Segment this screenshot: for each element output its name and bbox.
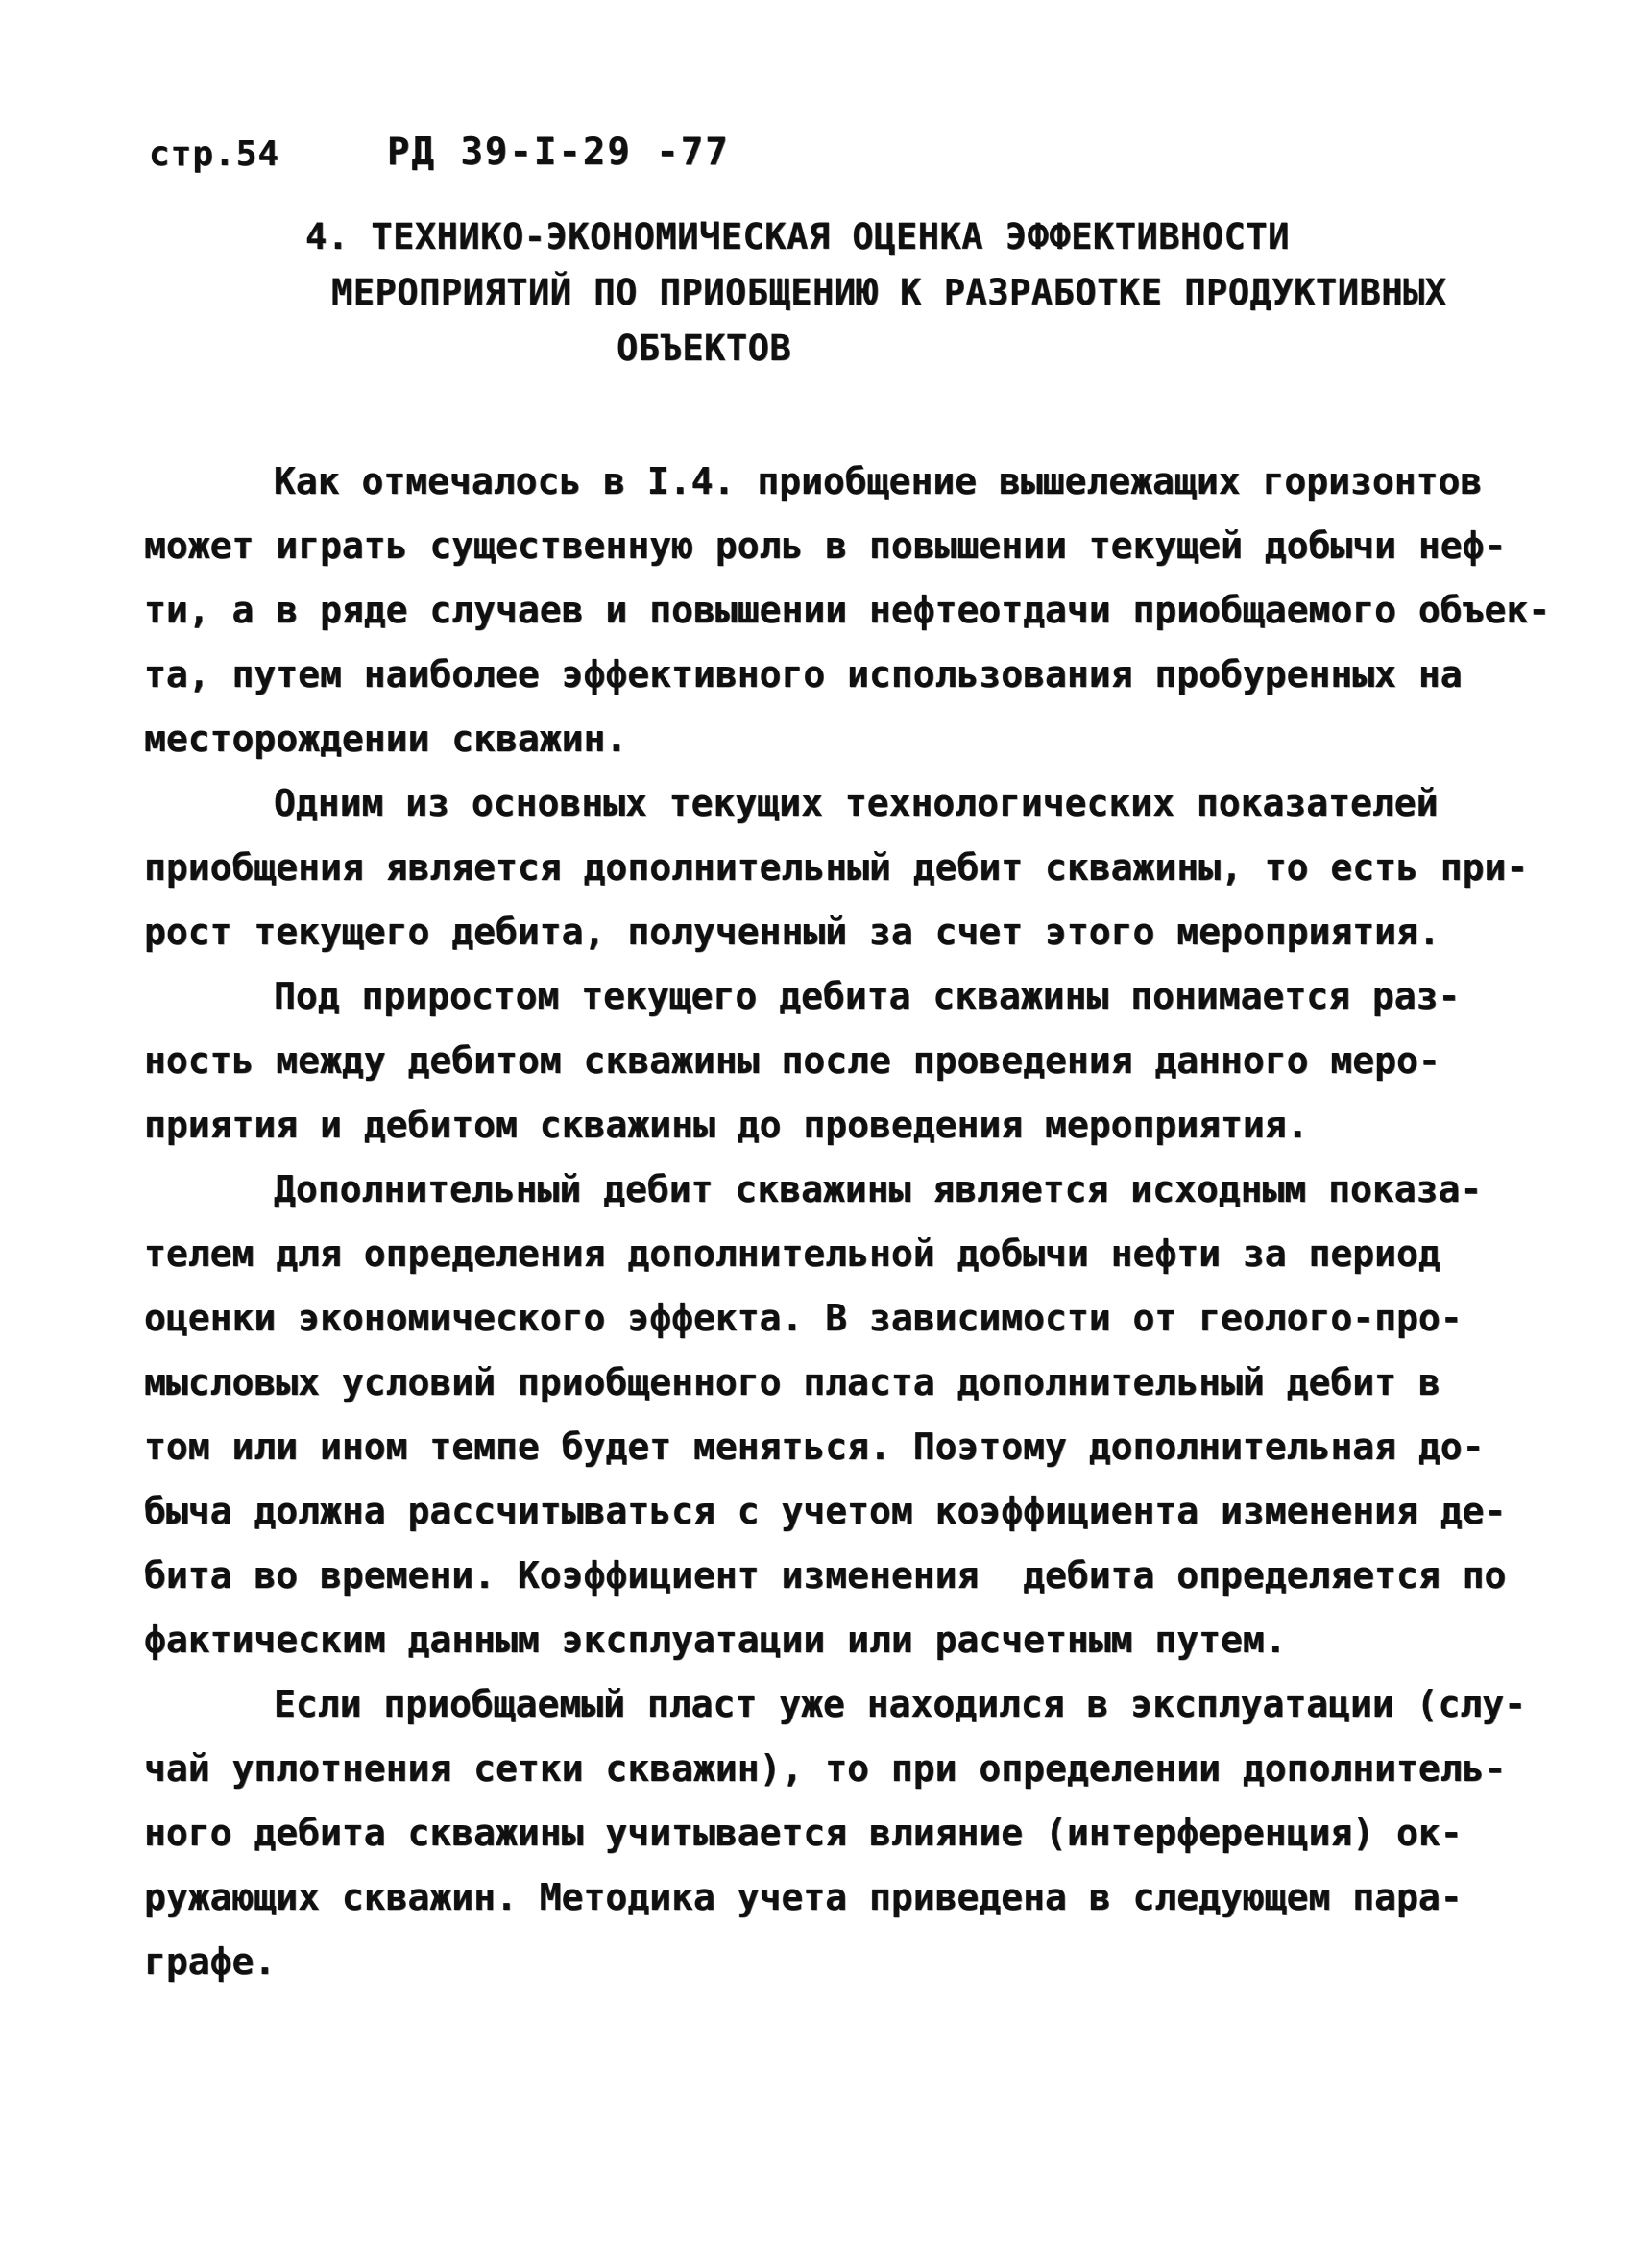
paragraph: Если приобщаемый пласт уже находился в э… [144,1672,1608,1994]
text-line: рост текущего дебита, полученный за счет… [144,900,1608,964]
text-line: том или ином темпе будет меняться. Поэто… [144,1415,1608,1479]
paragraph: Под приростом текущего дебита скважины п… [144,964,1608,1158]
title-line: ОБЪЕКТОВ [617,321,1646,377]
document-title: 4. ТЕХНИКО-ЭКОНОМИЧЕСКАЯ ОЦЕНКА ЭФФЕКТИВ… [0,209,1646,377]
title-line: МЕРОПРИЯТИЙ ПО ПРИОБЩЕНИЮ К РАЗРАБОТКЕ П… [331,265,1646,321]
text-line: месторождении скважин. [144,707,1608,771]
text-line: ность между дебитом скважины после прове… [144,1029,1608,1093]
title-line: 4. ТЕХНИКО-ЭКОНОМИЧЕСКАЯ ОЦЕНКА ЭФФЕКТИВ… [305,209,1646,265]
text-line: Дополнительный дебит скважины является и… [144,1158,1608,1222]
text-line: ти, а в ряде случаев и повышении нефтеот… [144,578,1608,643]
text-line: бита во времени. Коэффициент изменения д… [144,1544,1608,1608]
text-line: мысловых условий приобщенного пласта доп… [144,1351,1608,1415]
paragraph: Дополнительный дебит скважины является и… [144,1158,1608,1672]
text-line: Как отмечалось в I.4. приобщение вышележ… [144,450,1608,514]
text-line: быча должна рассчитываться с учетом коэф… [144,1479,1608,1544]
text-line: может играть существенную роль в повышен… [144,514,1608,578]
text-line: фактическим данным эксплуатации или расч… [144,1608,1608,1672]
text-line: телем для определения дополнительной доб… [144,1222,1608,1286]
paragraph: Одним из основных текущих технологически… [144,771,1608,964]
text-line: ружающих скважин. Методика учета приведе… [144,1866,1608,1930]
text-line: графе. [144,1930,1608,1994]
page-header: стр.54 РД 39-I-29 -77 [0,131,1646,177]
text-line: приятия и дебитом скважины до проведения… [144,1093,1608,1158]
document-number: РД 39-I-29 -77 [387,131,730,174]
text-line: ного дебита скважины учитывается влияние… [144,1801,1608,1866]
document-body: Как отмечалось в I.4. приобщение вышележ… [144,450,1608,1994]
text-line: Одним из основных текущих технологически… [144,771,1608,836]
text-line: та, путем наиболее эффективного использо… [144,643,1608,707]
page-number-label: стр.54 [149,134,279,174]
text-line: оценки экономического эффекта. В зависим… [144,1286,1608,1351]
text-line: Под приростом текущего дебита скважины п… [144,964,1608,1029]
text-line: приобщения является дополнительный дебит… [144,836,1608,900]
paragraph: Как отмечалось в I.4. приобщение вышележ… [144,450,1608,771]
text-line: Если приобщаемый пласт уже находился в э… [144,1672,1608,1737]
text-line: чай уплотнения сетки скважин), то при оп… [144,1737,1608,1801]
document-page: стр.54 РД 39-I-29 -77 4. ТЕХНИКО-ЭКОНОМИ… [0,0,1646,2268]
